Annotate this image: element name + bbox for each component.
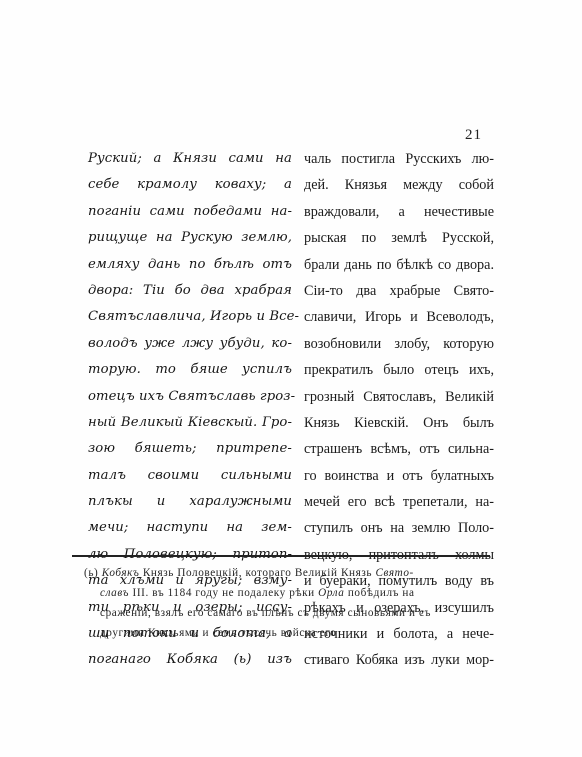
text-line: мечей его всѣ трепетали, на- bbox=[304, 489, 494, 515]
text-line: отецъ ихъ Святъславь гроз- bbox=[88, 384, 292, 410]
footnote-line: (ь) Кобякъ Князь Половецкiй, котораго Ве… bbox=[84, 563, 524, 583]
text-line: поганiи сами победами на- bbox=[88, 199, 292, 225]
footnote-name: Кобякъ bbox=[102, 567, 140, 579]
text-line: славичи, Игорь и Всеволодъ, bbox=[304, 304, 494, 330]
footnote-text: III. въ 1184 году не подалеку рѣки bbox=[133, 587, 315, 599]
text-line: рыская по землѣ Русской, bbox=[304, 225, 494, 251]
text-line: володъ уже лжу убуди, ко- bbox=[88, 331, 292, 357]
text-line: торую. то бяше успилъ bbox=[88, 357, 292, 383]
text-line: двора: Тiи бо два храбрая bbox=[88, 278, 292, 304]
text-line: ступилъ онъ на землю Поло- bbox=[304, 515, 494, 541]
text-line: дей. Князья между собой bbox=[304, 172, 494, 198]
text-line: грозный Святославъ, Великiй bbox=[304, 384, 494, 410]
footnote-name: славъ bbox=[100, 587, 129, 599]
text-line: чаль постигла Русскихъ лю- bbox=[304, 146, 494, 172]
text-line: прекратилъ было отецъ ихъ, bbox=[304, 357, 494, 383]
text-line: плъкы и харалужными bbox=[88, 489, 292, 515]
footnote-name: Свято- bbox=[375, 567, 413, 579]
text-line: талъ своими сильными bbox=[88, 463, 292, 489]
text-line: емляху дань по бѣлѣ отъ bbox=[88, 252, 292, 278]
footnote: (ь) Кобякъ Князь Половецкiй, котораго Ве… bbox=[84, 563, 524, 643]
text-line: возобновили злобу, которую bbox=[304, 331, 494, 357]
footnote-divider bbox=[72, 555, 490, 557]
book-page: 21 Руский; а Князи сами на себе крамолу … bbox=[0, 0, 582, 757]
text-line: ный Великый Кiевскый. Гро- bbox=[88, 410, 292, 436]
footnote-text: побѣдилъ на bbox=[348, 587, 415, 599]
footnote-text: Князь Половецкiй, котораго Великiй Князь bbox=[143, 567, 372, 579]
text-line: Руский; а Князи сами на bbox=[88, 146, 292, 172]
footnote-place: Орла bbox=[318, 587, 344, 599]
text-line: Сiи-то два храбрые Свято- bbox=[304, 278, 494, 304]
footnote-line: сраженiи, взялъ его самаго въ плѣнъ съ д… bbox=[84, 603, 524, 623]
text-line: го воинства и отъ булатныхъ bbox=[304, 463, 494, 489]
text-line: Князь Кiевскiй. Онъ былъ bbox=[304, 410, 494, 436]
text-line: себе крамолу коваху; а bbox=[88, 172, 292, 198]
text-line: стиваго Кобяка изъ луки мор- bbox=[304, 647, 494, 673]
footnote-line: славъ III. въ 1184 году не подалеку рѣки… bbox=[84, 583, 524, 603]
text-line: брали дань по бѣлкѣ со двора. bbox=[304, 252, 494, 278]
text-line: мечи; наступи на зем- bbox=[88, 515, 292, 541]
footnote-line: другими Князьями и семь тысячь войска ег… bbox=[84, 623, 524, 643]
text-line: рищуще на Рускую землю, bbox=[88, 225, 292, 251]
text-line: поганаго Кобяка (ь) изъ bbox=[88, 647, 292, 673]
text-line: страшенъ всѣмъ, отъ сильна- bbox=[304, 436, 494, 462]
text-line: Святъславлича, Игорь и Все- bbox=[88, 304, 292, 330]
text-line: зою бяшеть; притрепе- bbox=[88, 436, 292, 462]
footnote-marker: (ь) bbox=[84, 567, 98, 579]
text-line: враждовали, а нечестивые bbox=[304, 199, 494, 225]
page-number: 21 bbox=[465, 127, 482, 144]
